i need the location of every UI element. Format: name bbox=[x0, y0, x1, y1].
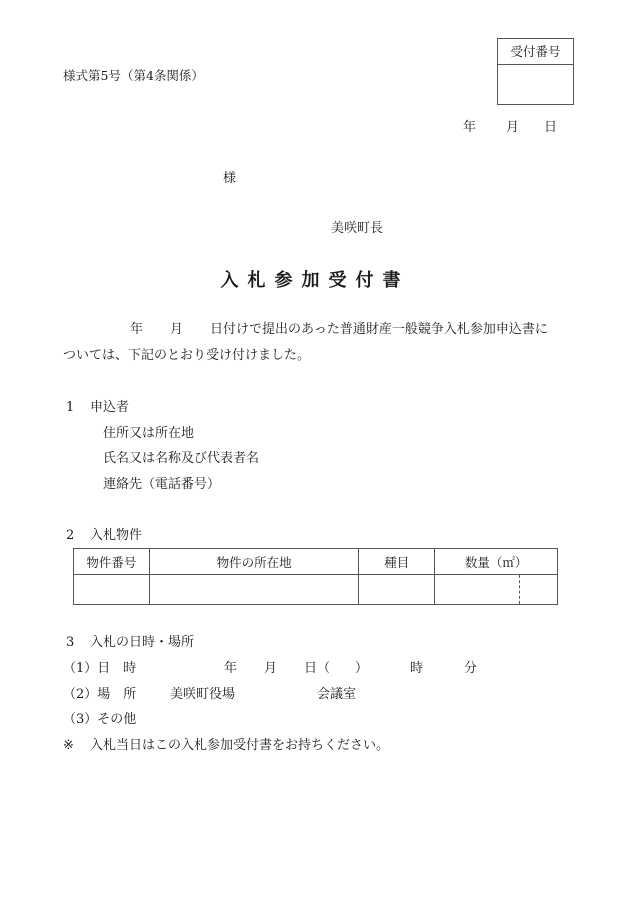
place-label: （2）場 所 bbox=[63, 687, 136, 703]
intro-year: 年 bbox=[130, 322, 143, 338]
place-venue: 美咲町役場 bbox=[170, 687, 235, 703]
datetime-label: （1）日 時 bbox=[63, 661, 136, 677]
datetime-hour: 時 bbox=[410, 661, 423, 677]
date-year: 年 bbox=[463, 120, 476, 136]
cell-area bbox=[435, 575, 558, 605]
col-area: 数量（㎡） bbox=[435, 549, 558, 575]
datetime-year: 年 bbox=[224, 661, 237, 677]
cell-property-number bbox=[74, 575, 150, 605]
intro-line2: ついては、下記のとおり受け付けました。 bbox=[63, 348, 310, 364]
note-mark: ※ bbox=[63, 738, 74, 754]
datetime-weekday-close: ） bbox=[355, 661, 368, 677]
decimal-divider bbox=[519, 575, 520, 604]
form-number: 様式第5号（第4条関係） bbox=[63, 68, 204, 84]
applicant-address: 住所又は所在地 bbox=[103, 426, 194, 442]
issuer: 美咲町長 bbox=[331, 221, 383, 237]
receipt-number-box: 受付番号 bbox=[497, 38, 574, 105]
receipt-number-label: 受付番号 bbox=[498, 39, 573, 65]
col-property-number: 物件番号 bbox=[74, 549, 150, 575]
section3-heading: 入札の日時・場所 bbox=[90, 635, 194, 651]
col-property-location: 物件の所在地 bbox=[149, 549, 359, 575]
intro-month: 月 bbox=[170, 322, 183, 338]
section1-number: 1 bbox=[66, 400, 74, 416]
intro-line1: 日付けで提出のあった普通財産一般競争入札参加申込書に bbox=[210, 322, 548, 338]
cell-category bbox=[359, 575, 435, 605]
section3-number: 3 bbox=[66, 635, 74, 651]
datetime-minute: 分 bbox=[464, 661, 477, 677]
section2-number: 2 bbox=[66, 528, 74, 544]
datetime-day: 日（ bbox=[304, 661, 330, 677]
applicant-name: 氏名又は名称及び代表者名 bbox=[103, 451, 259, 467]
col-category: 種目 bbox=[359, 549, 435, 575]
note-text: 入札当日はこの入札参加受付書をお持ちください。 bbox=[90, 738, 389, 754]
place-room: 会議室 bbox=[317, 687, 356, 703]
section2-heading: 入札物件 bbox=[90, 528, 142, 544]
section1-heading: 申込者 bbox=[90, 400, 129, 416]
datetime-month: 月 bbox=[264, 661, 277, 677]
date-month: 月 bbox=[506, 120, 519, 136]
property-table: 物件番号 物件の所在地 種目 数量（㎡） bbox=[73, 548, 558, 605]
other-label: （3）その他 bbox=[63, 712, 136, 728]
date-day: 日 bbox=[544, 120, 557, 136]
page-title: 入札参加受付書 bbox=[0, 270, 630, 292]
table-header-row: 物件番号 物件の所在地 種目 数量（㎡） bbox=[74, 549, 558, 575]
applicant-contact: 連絡先（電話番号） bbox=[103, 477, 220, 493]
table-row bbox=[74, 575, 558, 605]
cell-property-location bbox=[149, 575, 359, 605]
addressee-suffix: 様 bbox=[223, 171, 236, 187]
